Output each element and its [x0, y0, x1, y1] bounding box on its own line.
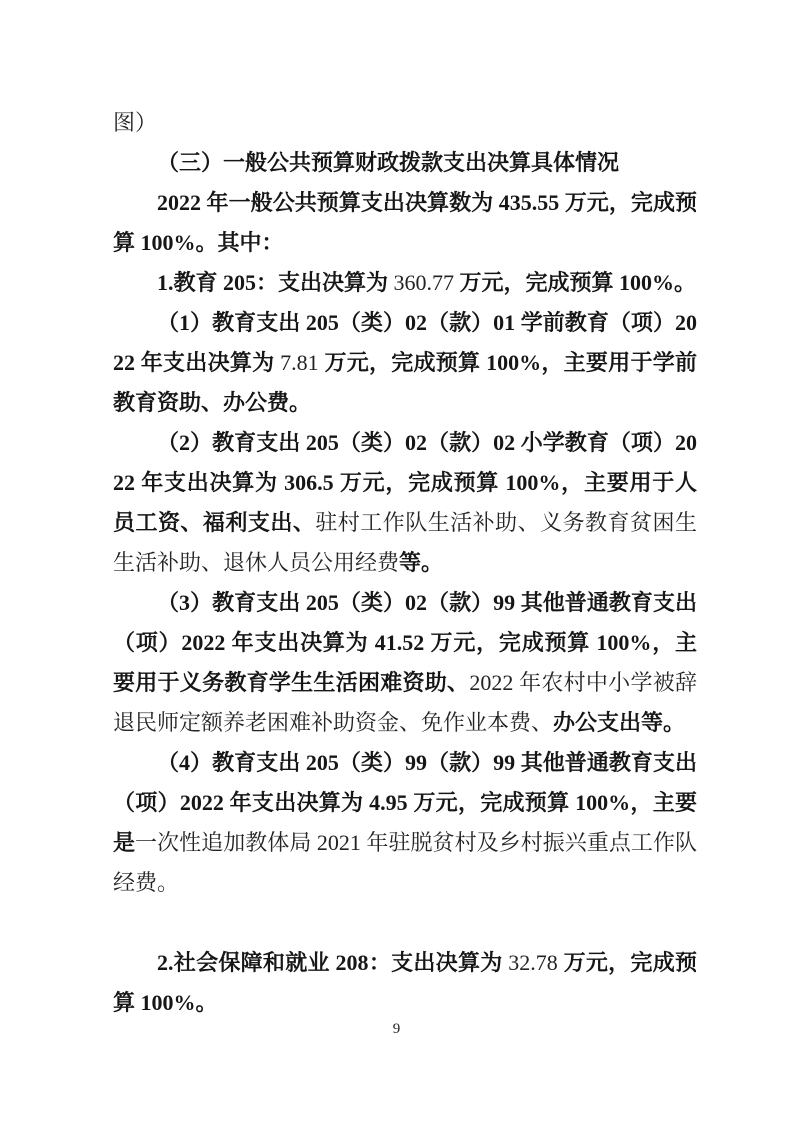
- text-run: 360.77: [394, 270, 455, 295]
- document-body: 图）（三）一般公共预算财政拨款支出决算具体情况2022 年一般公共预算支出决算数…: [113, 103, 697, 1023]
- paragraph-item-1-preschool: （1）教育支出 205（类）02（款）01 学前教育（项）2022 年支出决算为…: [113, 303, 697, 423]
- text-run: 2022 年一般公共预算支出决算数为 435.55 万元，完成预算 100%。其…: [113, 190, 697, 255]
- page-number: 9: [0, 1018, 793, 1040]
- document-page: 图）（三）一般公共预算财政拨款支出决算具体情况2022 年一般公共预算支出决算数…: [0, 0, 793, 1122]
- text-run: （三）一般公共预算财政拨款支出决算具体情况: [157, 150, 619, 175]
- text-run: 2.社会保障和就业 208：支出决算为: [157, 950, 508, 975]
- text-run: 7.81: [280, 350, 319, 375]
- paragraph-education-total: 1.教育 205：支出决算为 360.77 万元，完成预算 100%。: [113, 263, 697, 303]
- text-run: 32.78: [508, 950, 558, 975]
- paragraph-item-4-other-education: （4）教育支出 205（类）99（款）99 其他普通教育支出（项）2022 年支…: [113, 743, 697, 903]
- paragraph-budget-overview: 2022 年一般公共预算支出决算数为 435.55 万元，完成预算 100%。其…: [113, 183, 697, 263]
- text-run: 等。: [399, 550, 443, 575]
- text-run: 一次性追加教体局 2021 年驻脱贫村及乡村振兴重点工作队经费。: [113, 830, 697, 895]
- text-run: 1.教育 205：支出决算为: [157, 270, 394, 295]
- paragraph-item-2-primary-school: （2）教育支出 205（类）02（款）02 小学教育（项）2022 年支出决算为…: [113, 423, 697, 583]
- section-heading: （三）一般公共预算财政拨款支出决算具体情况: [113, 143, 697, 183]
- paragraph-item-3-other-general-education: （3）教育支出 205（类）02（款）99 其他普通教育支出（项）2022 年支…: [113, 583, 697, 743]
- text-run: 图）: [113, 110, 157, 135]
- paragraph-gap: [113, 903, 697, 943]
- text-run: 办公支出等。: [553, 710, 685, 735]
- paragraph-social-security: 2.社会保障和就业 208：支出决算为 32.78 万元，完成预算 100%。: [113, 943, 697, 1023]
- continuation-line-figure: 图）: [113, 103, 697, 143]
- text-run: 万元，完成预算 100%。: [454, 270, 696, 295]
